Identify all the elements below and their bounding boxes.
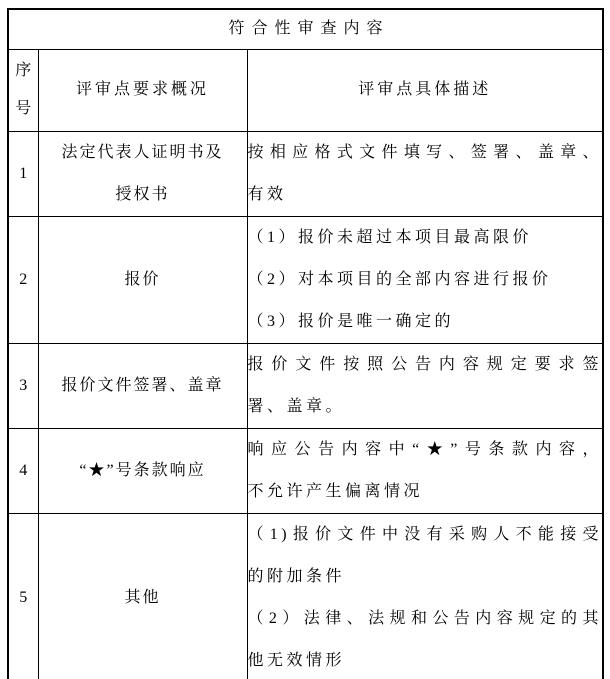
document-page: 符合性审查内容 序号 评审点要求概况 评审点具体描述 1 法定代表人证明书及 授…	[0, 0, 610, 679]
detail-cell: 按相应格式文件填写、签署、盖章、 有效	[247, 131, 603, 216]
detail-line: 报价文件按照公告内容规定要求签	[248, 344, 603, 386]
detail-line: 响应公告内容中“★”号条款内容，	[248, 429, 603, 471]
row-number: 5	[8, 513, 38, 679]
detail-line: （1)报价文件中没有采购人不能接受	[248, 514, 603, 556]
detail-cell: （1）报价未超过本项目最高限价 （2）对本项目的全部内容进行报价 （3）报价是唯…	[247, 216, 603, 343]
table-row: 4 “★”号条款响应 响应公告内容中“★”号条款内容， 不允许产生偏离情况	[8, 428, 603, 513]
table-row: 2 报价 （1）报价未超过本项目最高限价 （2）对本项目的全部内容进行报价 （3…	[8, 216, 603, 343]
overview-line-star-clause: “★”号条款响应	[39, 450, 247, 492]
detail-line: 的附加条件	[248, 556, 603, 598]
compliance-review-table: 符合性审查内容 序号 评审点要求概况 评审点具体描述 1 法定代表人证明书及 授…	[7, 8, 604, 679]
row-number: 1	[8, 131, 38, 216]
row-number: 3	[8, 343, 38, 428]
overview-cell: “★”号条款响应	[38, 428, 247, 513]
overview-line: 报价文件签署、盖章	[39, 365, 247, 407]
table-row: 5 其他 （1)报价文件中没有采购人不能接受 的附加条件 （2）法律、法规和公告…	[8, 513, 603, 679]
detail-line: （3）报价是唯一确定的	[248, 301, 603, 343]
column-header-no: 序号	[8, 49, 38, 131]
table-header-row: 序号 评审点要求概况 评审点具体描述	[8, 49, 603, 131]
column-header-overview: 评审点要求概况	[38, 49, 247, 131]
detail-line: （2）对本项目的全部内容进行报价	[248, 259, 603, 301]
table-row: 3 报价文件签署、盖章 报价文件按照公告内容规定要求签 署、盖章。	[8, 343, 603, 428]
detail-line: （1）报价未超过本项目最高限价	[248, 217, 603, 259]
detail-line: （2）法律、法规和公告内容规定的其	[248, 598, 603, 640]
detail-cell: （1)报价文件中没有采购人不能接受 的附加条件 （2）法律、法规和公告内容规定的…	[247, 513, 603, 679]
row-number: 4	[8, 428, 38, 513]
overview-line: 法定代表人证明书及	[39, 132, 247, 174]
row-number: 2	[8, 216, 38, 343]
table-row: 1 法定代表人证明书及 授权书 按相应格式文件填写、签署、盖章、 有效	[8, 131, 603, 216]
detail-line: 他无效情形	[248, 640, 603, 679]
overview-line: 其他	[39, 577, 247, 619]
table-title-row: 符合性审查内容	[8, 9, 603, 49]
overview-line: 授权书	[39, 174, 247, 216]
overview-cell: 报价文件签署、盖章	[38, 343, 247, 428]
overview-cell: 其他	[38, 513, 247, 679]
overview-cell: 法定代表人证明书及 授权书	[38, 131, 247, 216]
detail-line: 不允许产生偏离情况	[248, 471, 603, 513]
overview-cell: 报价	[38, 216, 247, 343]
detail-cell: 响应公告内容中“★”号条款内容， 不允许产生偏离情况	[247, 428, 603, 513]
detail-line: 署、盖章。	[248, 386, 603, 428]
detail-line: 有效	[248, 174, 603, 216]
detail-cell: 报价文件按照公告内容规定要求签 署、盖章。	[247, 343, 603, 428]
overview-line: 报价	[39, 259, 247, 301]
column-header-detail: 评审点具体描述	[247, 49, 603, 131]
table-title: 符合性审查内容	[8, 9, 603, 49]
detail-line: 按相应格式文件填写、签署、盖章、	[248, 132, 603, 174]
